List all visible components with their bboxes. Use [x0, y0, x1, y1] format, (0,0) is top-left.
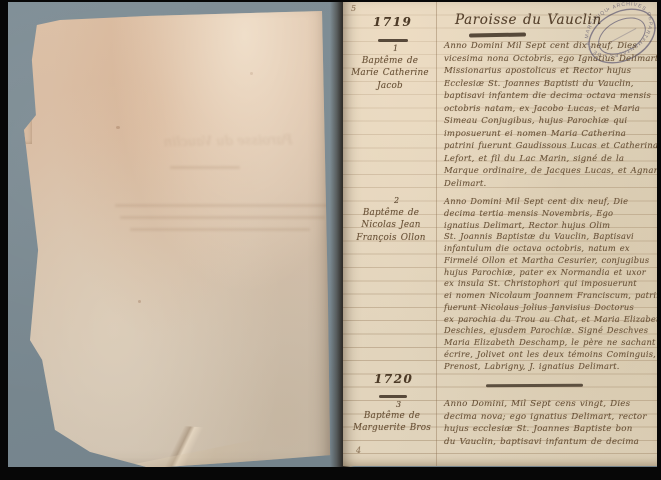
- manuscript-line: vicesima nona Octobris, ego Ignatius Del…: [444, 53, 658, 66]
- paper-stain: [116, 126, 120, 129]
- year-underline: [378, 39, 408, 42]
- manuscript-line: Lefort, et fil du Lac Marin, signé de la: [444, 153, 658, 166]
- entry-number: 2: [394, 196, 399, 205]
- manuscript-line: St. Joannis Baptistæ du Vauclin, Baptisa…: [444, 231, 658, 243]
- manuscript-line: Firmelé Ollon et Martha Cesurier, conjug…: [444, 255, 658, 267]
- year-heading-1720: 1720: [374, 372, 413, 386]
- paper-stain: [138, 300, 141, 303]
- manuscript-line: infantulum die octava octobris, natum ex: [444, 243, 658, 255]
- entry-3-body: Anno Domini, Mil Sept cens vingt, Diesde…: [444, 398, 658, 448]
- folio-number-bottom: 4: [356, 446, 361, 455]
- margin-note-line: François Ollon: [345, 232, 437, 244]
- margin-note-line: Marguerite Bros: [345, 422, 439, 434]
- margin-note-line: Marie Catherine: [346, 67, 434, 79]
- entry-number: 1: [393, 44, 398, 53]
- margin-note-line: Baptême de: [345, 410, 439, 422]
- entry-number: 3: [396, 400, 401, 409]
- manuscript-line: hujus Parochiæ, pater ex Normandia et ux…: [444, 267, 658, 279]
- show-through-ghost-title: Paroisse du Vauclin: [128, 132, 328, 150]
- manuscript-line: Delimart.: [444, 178, 658, 191]
- manuscript-line: decima tertia mensis Novembris, Ego: [444, 208, 658, 220]
- manuscript-line: ei nomen Nicolaum Joannem Franciscum, pa…: [444, 290, 658, 302]
- manuscript-line: octobris natam, ex Jacobo Lucas, et Mari…: [444, 103, 658, 116]
- manuscript-line: Missionarius apostolicus et Rector hujus: [444, 65, 658, 78]
- manuscript-line: ignatius Delimart, Rector hujus Olim: [444, 220, 658, 232]
- paper-stain: [250, 72, 253, 75]
- margin-note-line: Baptême de: [346, 55, 434, 67]
- manuscript-line: decima nova; ego ignatius Delimart, rect…: [444, 411, 658, 424]
- scan-border: [0, 0, 8, 480]
- manuscript-line: Anno Domini, Mil Sept cens vingt, Dies: [444, 398, 658, 411]
- show-through-line: [130, 228, 310, 231]
- manuscript-line: Prenost, Labrigny, J. ignatius Delimart.: [444, 361, 658, 373]
- margin-note-line: Baptême de: [345, 207, 437, 219]
- year-underline: [379, 395, 407, 398]
- manuscript-line: patrini fuerunt Gaudissous Lucas et Cath…: [444, 140, 658, 153]
- manuscript-line: imposuerunt ei nomen Maria Catherina: [444, 128, 658, 141]
- left-page: Paroisse du Vauclin: [20, 8, 332, 468]
- folio-number-top: 5: [351, 4, 356, 13]
- manuscript-line: Ecclesiæ St. Joannes Baptisti du Vauclin…: [444, 78, 658, 91]
- margin-note-entry-1: Baptême deMarie CatherineJacob: [346, 55, 434, 92]
- page-title: Paroisse du Vauclin: [455, 12, 602, 28]
- manuscript-line: Simeau Conjugibus, hujus Parochiæ qui: [444, 115, 658, 128]
- entry-1-body: Anno Domini Mil Sept cent dix neuf, Dies…: [444, 40, 658, 191]
- show-through-underline: [170, 166, 240, 169]
- show-through-line: [115, 204, 330, 207]
- year-heading-1719: 1719: [373, 15, 412, 29]
- manuscript-line: ex insula St. Christophori qui imposueru…: [444, 278, 658, 290]
- right-page: 5 1719 1 Baptême deMarie CatherineJacob …: [343, 2, 657, 466]
- margin-note-line: Jacob: [346, 80, 434, 92]
- manuscript-line: du Vauclin, baptisavi infantum de decima: [444, 436, 658, 449]
- scan-border: [0, 467, 661, 480]
- manuscript-line: hujus ecclesiæ St. Joannes Baptiste bon: [444, 423, 658, 436]
- manuscript-line: Marque ordinaire, de Jacques Lucas, et A…: [444, 165, 658, 178]
- margin-note-entry-2: Baptême deNicolas JeanFrançois Ollon: [345, 207, 437, 244]
- margin-note-entry-3: Baptême deMarguerite Bros: [345, 410, 439, 435]
- entry-2-body: Anno Domini Mil Sept cent dix neuf, Died…: [444, 196, 658, 372]
- manuscript-line: fuerunt Nicolaus Jolius Janvisius Doctor…: [444, 302, 658, 314]
- scan-border: [0, 0, 661, 2]
- manuscript-line: Maria Elizabeth Deschamp, le père ne sac…: [444, 337, 658, 349]
- show-through-line: [120, 216, 325, 219]
- title-underline: [469, 33, 526, 37]
- manuscript-line: Deschies, ejusdem Parochiæ. Signé Deschv…: [444, 325, 658, 337]
- manuscript-line: écrire, Jolivet ont les deux témoins Com…: [444, 349, 658, 361]
- section-divider-line: [486, 384, 583, 387]
- manuscript-line: Anno Domini Mil Sept cent dix neuf, Dies: [444, 40, 658, 53]
- scan-border: [657, 0, 661, 480]
- manuscript-line: ex parochia du Trou au Chat, et Maria El…: [444, 314, 658, 326]
- manuscript-line: baptisavi infantem die decima octava men…: [444, 90, 658, 103]
- manuscript-line: Anno Domini Mil Sept cent dix neuf, Die: [444, 196, 658, 208]
- margin-note-line: Nicolas Jean: [345, 219, 437, 231]
